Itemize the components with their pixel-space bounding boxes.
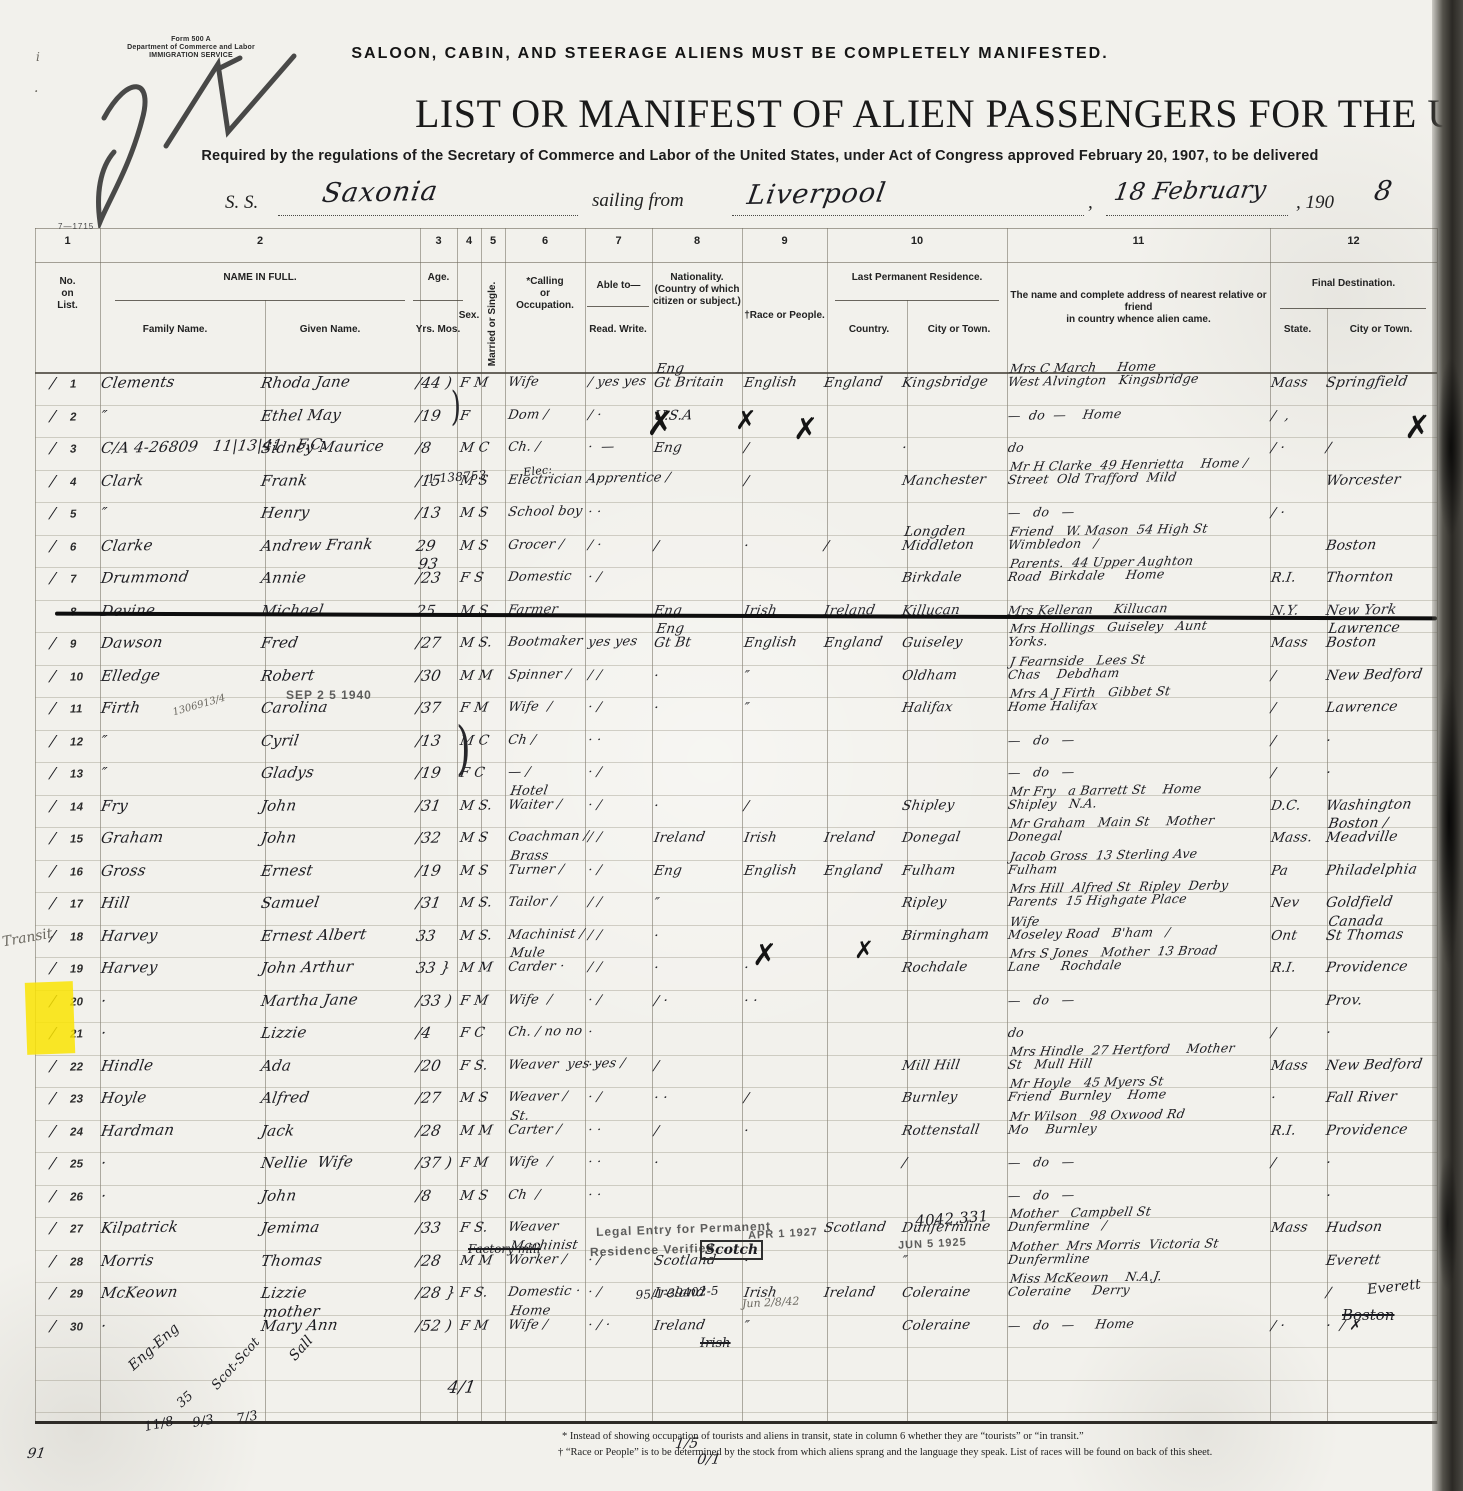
cell-age: /28 }: [415, 1285, 457, 1300]
cell-family-name: McKeown: [100, 1285, 179, 1300]
cell-race: ·: [743, 1123, 750, 1137]
cell-occupation: Tailor /: [507, 895, 557, 910]
cell-residence-city: Guiseley: [901, 635, 964, 650]
cell-sex-marital: F S: [459, 571, 485, 585]
cell-residence-country: England: [823, 635, 884, 650]
cell-read-write: / /: [587, 896, 603, 910]
cell-destination-state: R.I.: [1270, 1123, 1297, 1137]
cell-nearest-relative: Mr Hoyle 45 Myers St Friend Burnley Home: [1007, 1074, 1170, 1103]
row-number: 14: [69, 801, 84, 813]
cell-family-name: Gross: [100, 863, 147, 878]
cell-occupation: Wife /: [507, 1155, 553, 1170]
cell-sex-marital: F M: [459, 1318, 489, 1332]
x-mark: ✗: [793, 412, 818, 447]
cell-read-write: ·: [587, 1026, 594, 1040]
cell-nearest-relative: Parents. 44 Upper Aughton Road Birkdale …: [1007, 554, 1194, 583]
cell-nationality: ″: [653, 896, 660, 910]
cell-age: 93 /23: [415, 557, 444, 585]
cell-given-name: Andrew Frank: [260, 537, 374, 553]
cell-row-number: /30: [49, 1318, 85, 1334]
cell-age: /37 ): [415, 1155, 453, 1170]
column-label-6: *Calling or Occupation.: [505, 276, 585, 312]
cell-family-name: Hoyle: [100, 1090, 148, 1105]
cell-occupation: Wife /: [507, 700, 553, 715]
cell-age: /37: [415, 701, 442, 715]
cell-nearest-relative: Miss McKeown N.A.J. Coleraine Derry: [1007, 1269, 1163, 1298]
cell-given-name: John: [260, 1188, 297, 1203]
cell-occupation: Domestic: [507, 570, 573, 585]
cell-residence-city: Manchester: [901, 472, 987, 487]
check-mark: /: [49, 1156, 71, 1170]
cell-given-name: John Arthur: [260, 959, 354, 975]
handwritten-annotation: Irish: [700, 1336, 731, 1351]
cell-destination-state: Mass.: [1270, 830, 1313, 845]
cell-nearest-relative: Mrs S Jones Mother 13 Broad Lane Rochdal…: [1007, 943, 1219, 973]
column-label-9: †Race or People.: [742, 310, 827, 322]
cell-read-write: · ·: [587, 1188, 602, 1202]
cell-residence-city: ·: [901, 441, 908, 455]
cell-occupation: Bootmaker: [507, 635, 584, 650]
cell-occupation: Ch /: [507, 733, 537, 747]
cell-given-name: Carolina: [260, 700, 329, 715]
cell-row-number: /11: [49, 700, 84, 716]
highlight-mark: [25, 981, 75, 1055]
header-rule: [1280, 308, 1426, 309]
cell-row-number: /27: [49, 1220, 85, 1236]
cell-age: /13: [415, 506, 442, 520]
cell-age: /8: [415, 441, 432, 455]
cell-family-name: Hill: [100, 896, 131, 910]
cell-family-name: ·: [100, 1318, 107, 1332]
row-number: 1: [69, 379, 78, 391]
cell-race: ″: [743, 668, 750, 682]
cell-given-name: Jemima: [260, 1220, 321, 1235]
cell-age: /31: [415, 896, 442, 910]
cell-age: /28: [415, 1123, 442, 1137]
cell-row-number: /3: [49, 441, 78, 456]
cell-age: /27: [415, 1091, 442, 1105]
cell-nearest-relative: — do —: [1007, 1187, 1076, 1201]
cell-residence-city: Birmingham: [901, 927, 990, 943]
ss-label: S. S.: [225, 192, 258, 214]
cell-given-name: Martha Jane: [260, 992, 359, 1008]
cell-family-name: Clements: [100, 375, 176, 390]
cell-residence-country: Scotland: [823, 1220, 887, 1235]
cell-sex-marital: M S: [459, 1091, 489, 1105]
table-row: /29 McKeown Lizzie /28 } F S. Domestic ·…: [35, 1282, 1437, 1315]
footnote-occupation: * Instead of showing occupation of touri…: [562, 1430, 1372, 1444]
cell-occupation: Ch. / no no: [507, 1025, 583, 1040]
cell-read-write: · ·: [587, 506, 602, 520]
check-mark: /: [49, 961, 71, 975]
cell-read-write: · ·: [587, 1156, 602, 1170]
cell-nearest-relative: Mr Wilson 98 Oxwood Rd Mo Burnley: [1007, 1106, 1186, 1135]
cell-occupation: School boy: [507, 505, 583, 520]
cell-residence-country: England: [823, 862, 884, 877]
cell-given-name: Lizzie: [260, 1285, 308, 1300]
cell-family-name: Elledge: [100, 667, 161, 682]
cell-nearest-relative: Wife Moseley Road B'ham /: [1007, 912, 1173, 941]
cell-family-name: Clarke: [100, 538, 154, 553]
column-label-12: Final Destination.: [1270, 278, 1437, 290]
column-label-7: Able to—: [585, 280, 652, 292]
cell-destination-state: / ·: [1270, 506, 1286, 520]
cell-family-name: ·: [100, 1188, 107, 1202]
cell-read-write: yes yes: [587, 635, 638, 650]
cell-occupation: Brass Turner /: [507, 849, 567, 878]
cell-row-number: /6: [49, 538, 78, 553]
cell-row-number: /9: [49, 636, 78, 651]
sailing-date: 18 February: [1112, 175, 1268, 206]
cell-nationality: ·: [653, 701, 660, 715]
table-row: /5 ″ Henry /13 M S School boy · · — do —…: [35, 502, 1437, 535]
x-mark: ✗: [752, 938, 777, 973]
cell-sex-marital: F M: [459, 376, 489, 390]
sailing-port: Liverpool: [745, 178, 888, 211]
manifest-page: Form 500 A Department of Commerce and La…: [0, 0, 1463, 1491]
table-row: /23 Hoyle Alfred /27 M S Weaver / · / · …: [35, 1087, 1437, 1120]
cell-sex-marital: M S.: [459, 635, 493, 650]
row-number: 18: [69, 931, 84, 943]
check-mark: /: [49, 1221, 71, 1235]
cell-sex-marital: M S.: [459, 798, 493, 813]
cell-destination-city: Everett: [1325, 1253, 1381, 1268]
handwritten-annotation: Boston: [1342, 1306, 1394, 1324]
cell-age: /33 ): [415, 993, 453, 1008]
cell-row-number: /7: [49, 571, 78, 586]
cell-age: 29: [415, 538, 437, 552]
cell-destination-city: /: [1325, 441, 1332, 455]
column-number-6: 6: [505, 235, 585, 247]
x-mark: ✗: [646, 404, 675, 444]
table-row: /7 Drummond Annie 93 /23 F S Domestic · …: [35, 567, 1437, 600]
check-mark: /: [49, 701, 71, 715]
row-number: 25: [69, 1158, 84, 1170]
cell-destination-state: Mass: [1270, 635, 1309, 650]
cell-family-name: Morris: [100, 1253, 155, 1268]
port-line: [732, 214, 1084, 216]
row-number: 15: [69, 833, 84, 845]
check-mark: /: [49, 896, 71, 910]
cell-family-name: Hindle: [100, 1058, 154, 1073]
table-row: /6 Clarke Andrew Frank 29 M S Grocer / /…: [35, 535, 1437, 568]
cell-nearest-relative: Mrs C March Home West Alvington Kingsbri…: [1007, 359, 1202, 388]
grid-line: [35, 1380, 1437, 1381]
cell-age: /20: [415, 1058, 442, 1072]
cell-family-name: Harvey: [100, 960, 159, 975]
cell-family-name: Kilpatrick: [100, 1220, 179, 1235]
row-number: 17: [69, 898, 84, 910]
cell-row-number: /26: [49, 1188, 85, 1204]
cell-sex-marital: M S: [459, 506, 489, 520]
cell-sex-marital: M C: [459, 440, 490, 455]
cell-destination-city: Hudson: [1325, 1220, 1383, 1235]
handwritten-annotation: Factory mill: [468, 1242, 541, 1256]
cell-row-number: /25: [49, 1155, 85, 1171]
form-number: Form 500 A: [126, 36, 256, 44]
cell-destination-city: Lawrence Boston: [1325, 621, 1401, 650]
row-number: 28: [69, 1256, 84, 1268]
cell-age: /32: [415, 831, 442, 845]
cell-age: 33 }: [415, 960, 452, 975]
cell-given-name: Alfred: [260, 1090, 310, 1105]
row-number: 11: [69, 703, 84, 715]
cell-nearest-relative: Mrs Hollings Guiseley Aunt Yorks.: [1007, 619, 1208, 648]
column-number-11: 11: [1007, 235, 1270, 247]
cell-given-name: Rhoda Jane: [260, 374, 351, 390]
cell-read-write: · /: [587, 993, 603, 1007]
row-number: 9: [69, 639, 78, 651]
check-mark: /: [49, 538, 71, 552]
cell-age: /8: [415, 1188, 432, 1202]
cell-race: /: [743, 441, 750, 455]
cell-occupation: Wife /: [507, 993, 553, 1008]
cell-nearest-relative: Jacob Gross 13 Sterling Ave Fulham: [1007, 846, 1198, 875]
cell-row-number: /2: [49, 408, 78, 423]
column-number-9: 9: [742, 235, 827, 247]
cell-age: /31: [415, 798, 442, 812]
cell-residence-city: Shipley: [901, 798, 956, 813]
cell-destination-city: Springfield: [1325, 375, 1409, 390]
row-number: 12: [69, 736, 84, 748]
cell-family-name: Harvey: [100, 928, 159, 943]
cell-age: /28: [415, 1253, 442, 1267]
cell-residence-country: /: [823, 538, 830, 552]
table-row: /1 Clements Rhoda Jane /44 ) F M Wife / …: [35, 372, 1437, 405]
check-mark: /: [49, 733, 71, 747]
cell-race: English: [743, 635, 798, 650]
check-mark: /: [49, 1286, 71, 1300]
cell-given-name: Lizzie: [260, 1025, 308, 1040]
footnote-race: † “Race or People” is to be determined b…: [558, 1446, 1388, 1460]
cell-read-write: · /: [587, 1286, 603, 1300]
cell-nearest-relative: J Fearnside Lees St Chas Debdham: [1007, 652, 1146, 680]
cell-residence-city: Donegal: [901, 830, 961, 845]
cell-destination-city: Providence: [1325, 1122, 1409, 1137]
row-number: 24: [69, 1126, 84, 1138]
cell-residence-city: Rochdale: [901, 960, 969, 975]
cell-destination-city: Lawrence: [1325, 700, 1399, 715]
cell-nearest-relative: — do —: [1007, 992, 1076, 1006]
cell-age: /19: [415, 863, 442, 877]
cell-sex-marital: M S: [459, 831, 489, 845]
cell-destination-city: Philadelphia: [1325, 862, 1418, 878]
cell-residence-city: Birkdale: [901, 570, 963, 585]
cell-occupation: Ch. /: [507, 440, 541, 455]
handwritten-annotation: 7—1715: [58, 222, 94, 231]
cell-race: ″: [743, 1318, 750, 1332]
cell-nearest-relative: — do —: [1007, 765, 1076, 779]
x-mark: ✗: [735, 406, 757, 436]
cell-destination-state: ·: [1270, 1091, 1277, 1105]
cell-given-name: mother Mary Ann: [260, 1303, 341, 1332]
cell-destination-city: ·: [1325, 766, 1332, 780]
cell-given-name: Frank: [260, 473, 309, 488]
cell-row-number: /24: [49, 1123, 85, 1139]
row-number: 7: [69, 574, 78, 586]
cell-age: /30: [415, 668, 442, 682]
cell-destination-state: /: [1270, 733, 1277, 747]
cell-occupation: Hotel Waiter /: [507, 784, 565, 813]
check-mark: /: [49, 863, 71, 877]
cell-residence-city: ″: [901, 1253, 908, 1267]
year-handwritten: 8: [1372, 176, 1395, 207]
check-mark: /: [49, 376, 71, 390]
cell-race: English: [743, 863, 798, 878]
cell-destination-city: /: [1325, 1286, 1332, 1300]
cell-nearest-relative: — do — Home: [1007, 1316, 1135, 1331]
cell-residence-city: Burnley: [901, 1090, 958, 1105]
cell-sex-marital: M S: [459, 1188, 489, 1202]
form-identifier: Form 500 A Department of Commerce and La…: [126, 36, 256, 60]
date-line: [1106, 214, 1288, 216]
handwritten-annotation: 4/1: [446, 1378, 477, 1398]
handwritten-annotation: 91: [26, 1446, 47, 1462]
cell-sex-marital: F M: [459, 701, 489, 715]
cell-residence-city: Fulham: [901, 863, 957, 878]
check-mark: /: [49, 1188, 71, 1202]
cell-row-number: /4: [49, 473, 78, 488]
check-mark: /: [49, 636, 71, 650]
cell-family-name: Hardman: [100, 1122, 175, 1137]
cell-sex-marital: M S.: [459, 928, 493, 943]
cell-residence-city: Halifax: [901, 700, 954, 715]
cell-nearest-relative: — do —: [1007, 732, 1076, 746]
cell-family-name: Fry: [100, 798, 129, 812]
cell-nearest-relative: — do — Home: [1007, 407, 1123, 422]
cell-family-name: Dawson: [100, 635, 164, 650]
column-label-8: Nationality. (Country of which citizen o…: [652, 272, 742, 308]
check-mark: /: [49, 1318, 71, 1332]
cell-destination-state: R.I.: [1270, 571, 1297, 585]
cell-family-name: ·: [100, 1156, 107, 1170]
cell-given-name: Ada: [260, 1058, 292, 1073]
table-row: /9 Dawson Fred /27 M S. Bootmaker yes ye…: [35, 632, 1437, 665]
column-sublabel: City or Town.: [911, 324, 1007, 336]
column-number-2: 2: [100, 235, 420, 247]
cell-nearest-relative: Mother Campbell St Dunfermline /: [1007, 1205, 1152, 1233]
cell-residence-city: Ripley: [901, 895, 948, 910]
cell-nationality: Eng: [653, 863, 683, 877]
check-mark: /: [49, 408, 71, 422]
column-label-3: Age.: [420, 272, 457, 284]
cell-destination-city: Goldfield: [1325, 895, 1394, 910]
cell-nearest-relative: Mr Fry a Barrett St Home Shipley N.A.: [1007, 781, 1202, 810]
cell-destination-city: Prov.: [1325, 993, 1364, 1008]
table-row: /4 Clark Frank /15 M S Electrician Appre…: [35, 470, 1437, 503]
cell-given-name: Cyril: [260, 733, 300, 748]
check-mark: /: [49, 1058, 71, 1072]
cell-family-name: Clark: [100, 473, 145, 488]
table-rows: /1 Clements Rhoda Jane /44 ) F M Wife / …: [35, 372, 1437, 1347]
cell-destination-state: / ·: [1270, 1318, 1286, 1332]
cell-read-write: · ·: [587, 1058, 602, 1072]
row-number: 5: [69, 509, 78, 521]
cell-read-write: / /: [587, 961, 603, 975]
table-row: /14 Fry John /31 M S. Hotel Waiter / · /…: [35, 795, 1437, 828]
cell-given-name: Gladys: [260, 765, 315, 780]
x-mark: ✗: [1404, 408, 1431, 446]
column-number-8: 8: [652, 235, 742, 247]
column-label-11: The name and complete address of nearest…: [1007, 290, 1270, 326]
cell-occupation: Mule Carder ·: [507, 946, 568, 975]
cell-nearest-relative: — do —: [1007, 505, 1076, 519]
row-number: 19: [69, 963, 84, 975]
cell-given-name: Samuel: [260, 895, 320, 910]
cell-destination-state: /: [1270, 701, 1277, 715]
cell-destination-state: Mass: [1270, 1058, 1309, 1073]
cell-row-number: /29: [49, 1285, 85, 1301]
cell-read-write: · /: [587, 571, 603, 585]
column-sublabel: Yrs. Mos.: [407, 324, 469, 336]
port-comma: ,: [1088, 192, 1093, 214]
cell-nationality: Ireland: [653, 830, 706, 845]
cell-destination-state: /: [1270, 766, 1277, 780]
cell-nearest-relative: Mrs A J Firth Gibbet St Home Halifax: [1007, 684, 1171, 713]
cell-sex-marital: M S.: [459, 895, 493, 910]
cell-destination-city: ·: [1325, 1188, 1332, 1202]
cell-destination-city: ·: [1325, 733, 1332, 747]
cell-destination-city: Washington: [1325, 797, 1413, 812]
cell-nationality: ·: [653, 928, 660, 942]
cell-destination-state: Pa: [1270, 863, 1289, 877]
cell-race: /: [743, 1091, 750, 1105]
check-mark: /: [49, 668, 71, 682]
cell-destination-state: /: [1270, 668, 1277, 682]
cell-read-write: / /: [587, 928, 603, 942]
cell-given-name: Ernest: [260, 863, 314, 878]
cell-destination-city: Boston: [1325, 538, 1378, 553]
cell-nearest-relative: Friend W. Mason 54 High St Wimbledon /: [1007, 521, 1209, 550]
cell-occupation: Weaver yes yes /: [507, 1056, 626, 1072]
cell-nearest-relative: — do —: [1007, 1155, 1076, 1169]
cell-destination-city: ·: [1325, 1156, 1332, 1170]
sailing-from-label: sailing from: [592, 190, 684, 212]
check-mark: /: [49, 831, 71, 845]
table-row: /24 Hardman Jack /28 M M St. Carter / · …: [35, 1120, 1437, 1153]
table-row: /10 Elledge Robert /30 M M Spinner / / /…: [35, 665, 1437, 698]
cell-destination-city: ·: [1325, 1026, 1332, 1040]
cell-age: /19: [415, 408, 442, 422]
cell-row-number: /14: [49, 798, 85, 814]
column-label-5: Married or Single.: [487, 274, 499, 374]
ship-name-line: [278, 214, 578, 216]
cell-nationality: /: [653, 538, 660, 552]
cell-race: English: [743, 375, 798, 390]
cell-residence-city: Mill Hill: [901, 1057, 961, 1072]
cell-read-write: / yes yes: [587, 375, 647, 390]
grid-line: [35, 262, 1437, 263]
cell-race: /: [743, 473, 750, 487]
table-row: /25 · Nellie Wife /37 ) F M Wife / · · ·…: [35, 1152, 1437, 1185]
handwritten-annotation: Scotch: [700, 1240, 763, 1260]
cell-residence-city: Longden Middleton: [901, 523, 977, 552]
row-number: 29: [69, 1288, 84, 1300]
column-number-7: 7: [585, 235, 652, 247]
table-row: /20 · Martha Jane /33 ) F M Wife / · / /…: [35, 990, 1437, 1023]
cell-destination-city: New Bedford: [1325, 1057, 1423, 1073]
cell-occupation: Wife: [507, 375, 540, 390]
header-rule: [835, 300, 999, 301]
cell-row-number: /1: [49, 376, 78, 391]
cell-row-number: /23: [49, 1090, 85, 1106]
cell-age: /19: [415, 766, 442, 780]
row-number: 23: [69, 1093, 84, 1105]
cell-sex-marital: F S.: [459, 1058, 489, 1072]
cell-family-name: ″: [100, 766, 108, 780]
cell-read-write: · /: [587, 798, 603, 812]
cell-sex-marital: M M: [459, 960, 494, 975]
